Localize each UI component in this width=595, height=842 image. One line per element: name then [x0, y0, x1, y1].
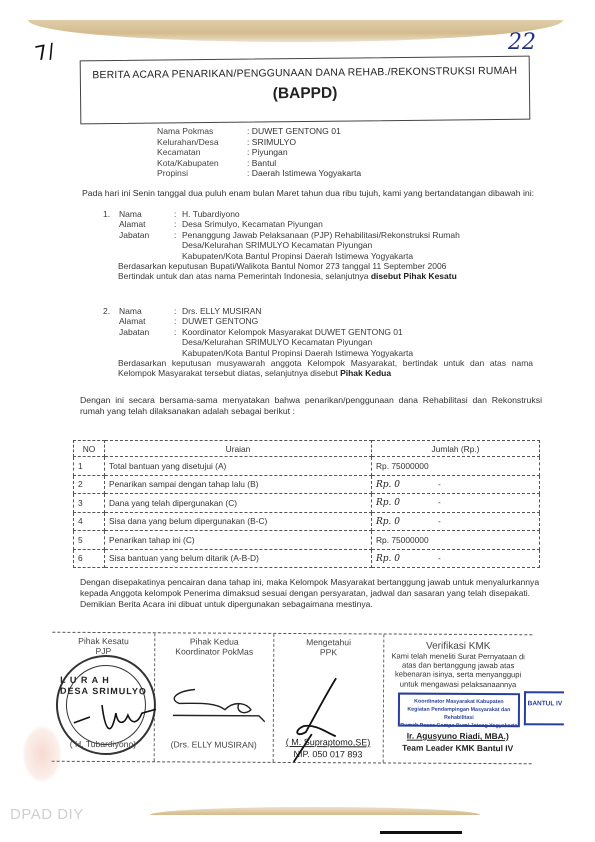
- signature-scribble-icon: [165, 681, 265, 724]
- table-row: 2Penarikan sampai dengan tahap lalu (B)R…: [74, 475, 540, 494]
- kmk-verification: Verifikasi KMK Kami telah meneliti Surat…: [384, 634, 533, 763]
- row-number: 4: [74, 512, 105, 531]
- party-two: 2.Nama:Drs. ELLY MUSIRAN Alamat:DUWET GE…: [103, 306, 533, 379]
- party-one: 1.Nama:H. Tubardiyono Alamat:Desa Srimul…: [103, 209, 533, 282]
- row-description: Total bantuan yang disetujui (A): [105, 457, 372, 476]
- signature-party-one: Pihak KesatuPJP L U R A H DESA SRIMULYO …: [52, 633, 156, 762]
- row-amount: Rp. 0-: [372, 494, 540, 513]
- row-amount: Rp. 75000000: [372, 531, 540, 550]
- column-header-description: Uraian: [105, 441, 372, 457]
- info-row: Kecamatan: Piyungan: [157, 147, 361, 158]
- emblem-watermark-icon: [22, 725, 62, 783]
- column-header-amount: Jumlah (Rp.): [372, 441, 540, 457]
- handwritten-page-number: 22: [508, 30, 536, 55]
- signature-scribble-icon: [72, 695, 157, 740]
- opening-paragraph: Pada hari ini Senin tanggal dua puluh en…: [82, 188, 542, 199]
- row-description: Dana yang telah dipergunakan (C): [105, 494, 372, 513]
- row-amount: Rp. 0-: [372, 475, 540, 494]
- scan-paper-edge: [28, 20, 563, 42]
- info-row: Kelurahan/Desa: SRIMULYO: [157, 137, 361, 148]
- party-one-name: H. Tubardiyono: [182, 209, 240, 219]
- corner-annotation: 7/: [33, 38, 57, 66]
- row-amount: Rp. 75000000: [372, 457, 540, 476]
- row-description: Sisa bantuan yang belum ditarik (A-B-D): [105, 549, 372, 568]
- closing-paragraph: Dengan disepakatinya pencairan dana taha…: [80, 577, 540, 610]
- document-acronym: (BAPPD): [81, 83, 529, 106]
- row-amount: Rp. 0-: [372, 549, 540, 568]
- signature-party-two: Pihak KeduaKoordinator PokMas (Drs. ELLY…: [155, 633, 274, 762]
- row-number: 2: [74, 475, 105, 494]
- funds-table: NO Uraian Jumlah (Rp.) 1Total bantuan ya…: [73, 440, 540, 568]
- row-description: Penarikan sampai dengan tahap lalu (B): [105, 475, 372, 494]
- table-row: 5Penarikan tahap ini (C)Rp. 75000000: [74, 531, 540, 550]
- info-row: Propinsi: Daerah Istimewa Yogyakarta: [157, 168, 361, 179]
- table-row: 1Total bantuan yang disetujui (A)Rp. 750…: [74, 457, 540, 476]
- kmk-stamp: Koordinator Masyarakat Kabupaten Kegiata…: [398, 693, 520, 728]
- pokmas-info: Nama Pokmas: DUWET GENTONG 01 Kelurahan/…: [157, 126, 361, 179]
- row-number: 6: [74, 549, 105, 568]
- table-row: 3Dana yang telah dipergunakan (C)Rp. 0-: [74, 494, 540, 513]
- column-header-no: NO: [74, 441, 105, 457]
- row-description: Penarikan tahap ini (C): [105, 531, 372, 550]
- document-title: BERITA ACARA PENARIKAN/PENGGUNAAN DANA R…: [81, 66, 529, 82]
- table-row: 6Sisa bantuan yang belum ditarik (A-B-D)…: [74, 549, 540, 568]
- info-row: Nama Pokmas: DUWET GENTONG 01: [157, 126, 361, 137]
- row-number: 5: [74, 531, 105, 550]
- row-amount: Rp. 0-: [372, 512, 540, 531]
- party-two-name: Drs. ELLY MUSIRAN: [182, 306, 262, 316]
- kmk-stamp-side: BANTUL IV: [524, 691, 564, 725]
- scan-paper-edge: [150, 807, 480, 815]
- archive-watermark: DPAD DIY: [10, 806, 84, 823]
- document-title-box: BERITA ACARA PENARIKAN/PENGGUNAAN DANA R…: [80, 56, 531, 125]
- footer-redaction-bar: [380, 831, 462, 834]
- info-row: Kota/Kabupaten: Bantul: [157, 158, 361, 169]
- row-description: Sisa dana yang belum dipergunakan (B-C): [105, 512, 372, 531]
- row-number: 3: [74, 494, 105, 513]
- statement-paragraph: Dengan ini secara bersama-sama menyataka…: [80, 395, 542, 417]
- row-number: 1: [74, 457, 105, 476]
- signature-block: Pihak KesatuPJP L U R A H DESA SRIMULYO …: [52, 632, 533, 765]
- signature-ppk: MengetahuiPPK ( M. Supraptomo,SE)NIP. 05…: [273, 634, 384, 763]
- table-row: 4Sisa dana yang belum dipergunakan (B-C)…: [74, 512, 540, 531]
